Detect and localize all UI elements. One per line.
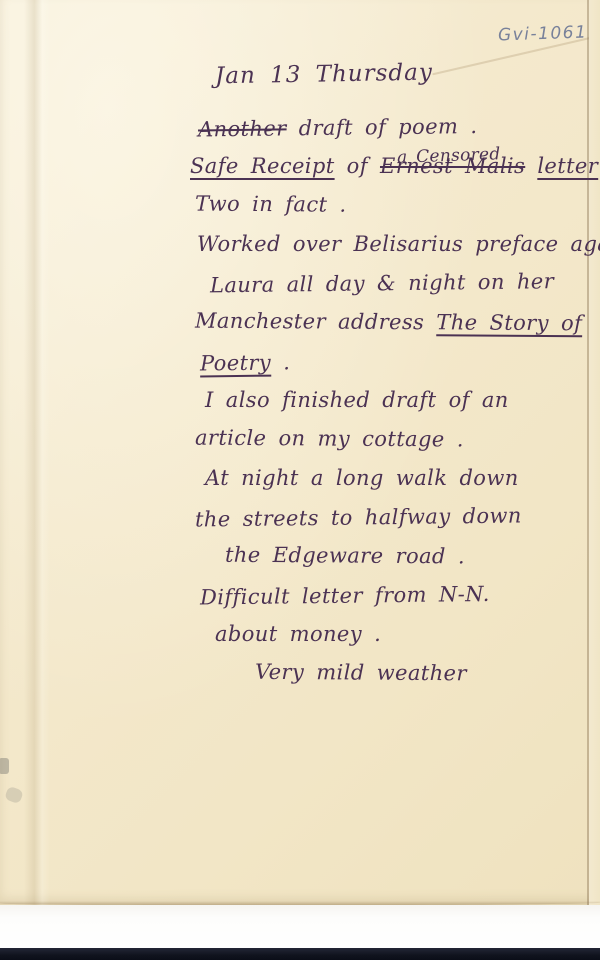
handwriting-segment: Poetry — [200, 351, 271, 376]
handwriting-segment: The Story of — [436, 310, 582, 335]
manuscript-line: Worked over Belisarius preface again. — [197, 225, 600, 264]
manuscript-line: the streets to halfway down — [195, 496, 600, 540]
entry-date-heading: Jan 13 Thursday — [215, 55, 600, 92]
handwriting-segment: about money . — [215, 622, 381, 646]
manuscript-line: Very mild weather — [255, 653, 600, 694]
handwriting-segment: Worked over Belisarius preface again. — [197, 232, 600, 256]
diary-entry: Jan 13 Thursday Another draft of poem .S… — [0, 0, 600, 693]
manuscript-lines: Another draft of poem .Safe Receipt of E… — [0, 108, 600, 693]
handwriting-segment: of — [335, 154, 380, 178]
inserted-correction-text: a Censored — [397, 135, 502, 178]
handwriting-segment: Laura all day & night on her — [210, 269, 554, 297]
handwriting-segment: I also finished draft of an — [205, 388, 509, 412]
manuscript-line: At night a long walk down — [205, 459, 600, 498]
manuscript-line: Laura all day & night on her — [210, 262, 600, 306]
manuscript-line: Two in fact . — [195, 185, 600, 227]
handwriting-segment: Two in fact . — [195, 192, 347, 217]
manuscript-line: Difficult letter from N-N. — [200, 574, 600, 618]
manuscript-scan: Gvi-1061 Jan 13 Thursday Another draft o… — [0, 0, 600, 960]
handwriting-segment: Manchester address — [195, 309, 436, 335]
handwriting-segment: letter — [537, 154, 598, 178]
handwriting-segment: Another — [198, 116, 287, 141]
handwriting-segment: the Edgeware road . — [225, 543, 465, 569]
manuscript-line: I also finished draft of an — [205, 381, 600, 420]
handwriting-segment: . — [271, 350, 290, 374]
handwriting-segment: Safe Receipt — [190, 154, 335, 178]
manuscript-line: about money . — [215, 615, 600, 654]
manuscript-line: Safe Receipt of Ernest Malisa Censored l… — [190, 147, 600, 186]
handwriting-segment: At night a long walk down — [205, 466, 519, 490]
handwriting-segment: Difficult letter from N-N. — [200, 582, 490, 610]
handwriting-segment: article on my cottage . — [195, 426, 464, 452]
ink-smudge — [0, 758, 9, 774]
manuscript-line: the Edgeware road . — [225, 536, 600, 578]
scanner-background — [0, 905, 600, 948]
handwriting-segment: Very mild weather — [255, 660, 467, 685]
handwriting-segment — [525, 154, 537, 178]
scan-edge-bar — [0, 948, 600, 960]
handwriting-segment: the streets to halfway down — [195, 503, 522, 531]
manuscript-line: Poetry . — [200, 340, 600, 384]
manuscript-line: Manchester address The Story of — [195, 302, 600, 344]
manuscript-line: article on my cottage . — [195, 419, 600, 461]
handwriting-segment: Ernest Malisa Censored — [380, 154, 525, 178]
